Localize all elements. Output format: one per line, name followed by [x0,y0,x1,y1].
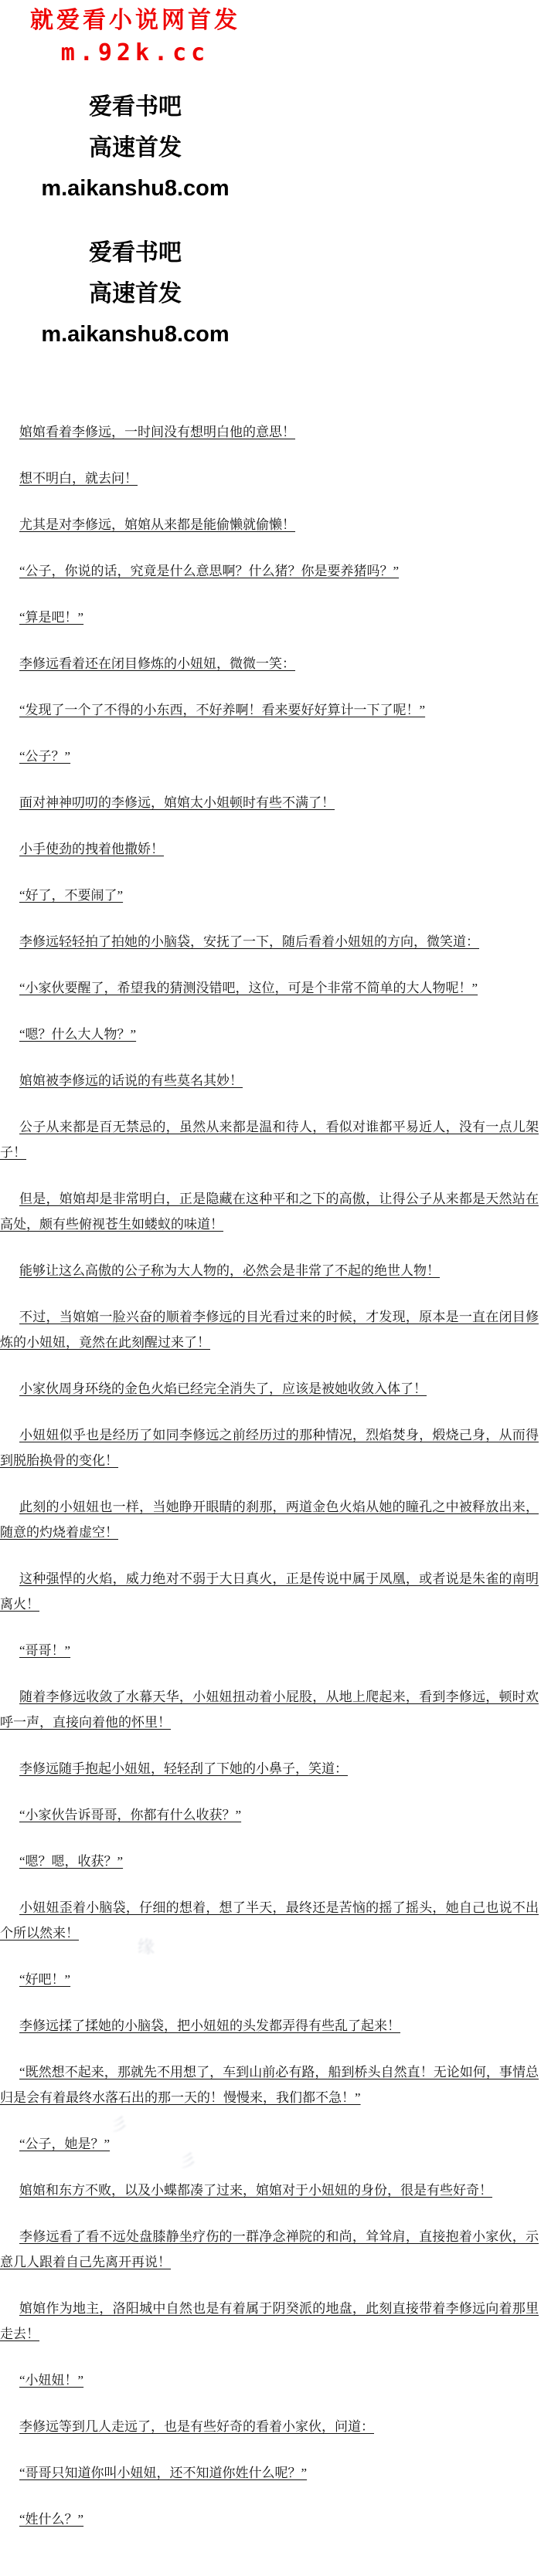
paragraph: 想不明白，就去问！ [0,466,539,491]
site-watermark: 就爱看小说网首发 m.92k.cc [0,5,270,69]
paragraph: 婠婠被李修远的话说的有些莫名其妙！ [0,1068,539,1093]
paragraph: “好了，不要闹了” [0,883,539,908]
paragraph: 李修远揉了揉她的小脑袋，把小妞妞的头发都弄得有些乱了起来！ [0,2013,539,2039]
promo-tagline: 高速首发 [0,273,270,314]
paragraph: 小手使劲的拽着他撒娇！ [0,836,539,862]
paragraph: 婠婠看着李修远，一时间没有想明白他的意思！ [0,419,539,445]
paragraph: 李修远看着还在闭目修炼的小妞妞，微微一笑： [0,651,539,676]
paragraph: 此刻的小妞妞也一样，当她睁开眼睛的刹那，两道金色火焰从她的瞳孔之中被释放出来，随… [0,1494,539,1545]
page-header: 就爱看小说网首发 m.92k.cc 爱看书吧 高速首发 m.aikanshu8.… [0,0,270,355]
promo-site-name: 爱看书吧 [0,86,270,127]
paragraph: “发现了一个了不得的小东西，不好养啊！看来要好好算计一下了呢！” [0,697,539,723]
paragraph: 不过，当婠婠一脸兴奋的顺着李修远的目光看过来的时候，才发现，原本是一直在闭目修炼… [0,1304,539,1355]
paragraph: 能够让这么高傲的公子称为大人物的，必然会是非常了不起的绝世人物！ [0,1258,539,1283]
chapter-content: 婠婠看着李修远，一时间没有想明白他的意思！想不明白，就去问！尤其是对李修远，婠婠… [0,419,541,2576]
paragraph: “嗯？什么大人物？” [0,1022,539,1047]
promo-url: m.aikanshu8.com [0,168,270,209]
paragraph: “嗯？嗯，收获？” [0,1849,539,1874]
paragraph: 李修远看了看不远处盘膝静坐疗伤的一群净念禅院的和尚，耸耸肩，直接抱着小家伙，示意… [0,2224,539,2275]
promo-site-name: 爱看书吧 [0,232,270,273]
paragraph: 小妞妞似乎也是经历了如同李修远之前经历过的那种情况，烈焰焚身，煅烧己身，从而得到… [0,1422,539,1473]
paragraph: 尤其是对李修远，婠婠从来都是能偷懒就偷懒！ [0,512,539,537]
paragraph: “算是吧！” [0,605,539,630]
paragraph: “小家伙告诉哥哥，你都有什么收获？” [0,1802,539,1828]
paragraph: “公子，她是？” [0,2131,539,2157]
site-watermark-url: m.92k.cc [0,37,270,69]
paragraph: 这种强悍的火焰，威力绝对不弱于大日真火，正是传说中属于凤凰，或者说是朱雀的南明离… [0,1566,539,1617]
promo-url: m.aikanshu8.com [0,314,270,355]
paragraph: “哥哥！” [0,1638,539,1663]
paragraph: “公子？” [0,744,539,769]
novel-chapter-page: { "header": { "accent_red": "#ee0000", "… [0,0,541,2576]
paragraph: “小妞妞！” [0,2368,539,2393]
paragraph: “既然想不起来，那就先不用想了，车到山前必有路，船到桥头自然直！无论如何，事情总… [0,2059,539,2110]
promo-block-1: 爱看书吧 高速首发 m.aikanshu8.com [0,86,270,209]
paragraph: 婠婠作为地主，洛阳城中自然也是有着属于阴癸派的地盘，此刻直接带着李修远向着那里走… [0,2296,539,2347]
paragraph: “小家伙要醒了，希望我的猜测没错吧，这位，可是个非常不简单的大人物呢！” [0,975,539,1001]
paragraph: 李修远随手抱起小妞妞，轻轻刮了下她的小鼻子，笑道： [0,1756,539,1781]
paragraph: “哥哥只知道你叫小妞妞，还不知道你姓什么呢？” [0,2460,539,2486]
paragraph: 李修远等到几人走远了，也是有些好奇的看着小家伙，问道： [0,2414,539,2439]
paragraph: 小妞妞歪着小脑袋，仔细的想着，想了半天，最终还是苦恼的摇了摇头，她自己也说不出个… [0,1895,539,1946]
paragraph: “公子，你说的话，究竟是什么意思啊？什么猪？你是要养猪吗？” [0,558,539,584]
promo-block-2: 爱看书吧 高速首发 m.aikanshu8.com [0,232,270,355]
paragraph: 公子从来都是百无禁忌的，虽然从来都是温和待人，看似对谁都平易近人，没有一点儿架子… [0,1114,539,1165]
paragraph: 李修远轻轻拍了拍她的小脑袋，安抚了一下，随后看着小妞妞的方向，微笑道： [0,929,539,954]
paragraph: “好吧！” [0,1967,539,1992]
paragraph: 面对神神叨叨的李修远，婠婠太小姐顿时有些不满了！ [0,790,539,815]
paragraph: “姓什么？” [0,2507,539,2532]
site-watermark-title: 就爱看小说网首发 [0,5,270,37]
paragraph: 随着李修远收敛了水幕天华，小妞妞扭动着小屁股，从地上爬起来，看到李修远，顿时欢呼… [0,1684,539,1735]
promo-tagline: 高速首发 [0,127,270,168]
paragraph: 小家伙周身环绕的金色火焰已经完全消失了，应该是被她收敛入体了！ [0,1376,539,1402]
paragraph: 婠婠和东方不败，以及小蝶都凑了过来，婠婠对于小妞妞的身份，很是有些好奇！ [0,2178,539,2203]
paragraph: 但是，婠婠却是非常明白，正是隐藏在这种平和之下的高傲，让得公子从来都是天然站在高… [0,1186,539,1237]
